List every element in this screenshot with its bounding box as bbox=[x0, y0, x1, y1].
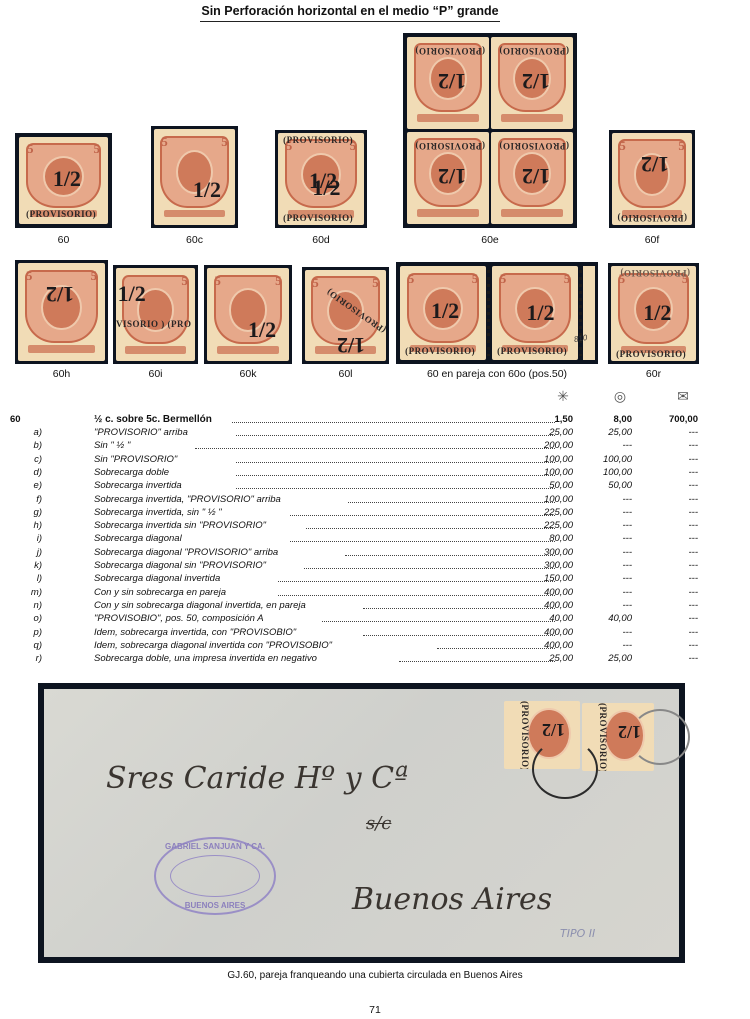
value-mint: 100,00 bbox=[513, 494, 573, 506]
catalog-variety-row: c)Sin "PROVISORIO"100,00100,00--- bbox=[0, 454, 750, 466]
value-used: --- bbox=[572, 507, 632, 519]
value-cover: --- bbox=[638, 467, 698, 479]
value-cover: --- bbox=[638, 627, 698, 639]
value-used: --- bbox=[572, 627, 632, 639]
value-cover: --- bbox=[638, 507, 698, 519]
value-mint: 25,00 bbox=[513, 653, 573, 665]
postal-cover: Sres Caride Hº y Cª s/c Buenos Aires GAB… bbox=[38, 683, 685, 963]
asterisk-icon: ✳ bbox=[543, 388, 583, 405]
value-used: --- bbox=[572, 520, 632, 532]
variety-letter: m) bbox=[22, 587, 42, 599]
catalog-variety-row: f)Sobrecarga invertida, "PROVISORIO" arr… bbox=[0, 494, 750, 506]
value-used: --- bbox=[572, 587, 632, 599]
variety-description: "PROVISOBIO", pos. 50, composición A bbox=[94, 613, 264, 625]
value-used: 100,00 bbox=[572, 454, 632, 466]
value-cover: --- bbox=[638, 640, 698, 652]
stamp-pair-60-60o: 55 1/2 (PROVISORIO) 55 1/2 (PROVISORIO) … bbox=[396, 262, 598, 364]
catalog-variety-row: m)Con y sin sobrecarga en pareja400,00--… bbox=[0, 587, 750, 599]
leader-dots bbox=[236, 467, 555, 476]
stamp-label: 60d bbox=[275, 234, 367, 246]
variety-letter: f) bbox=[22, 494, 42, 506]
stamp-label: 60k bbox=[204, 368, 292, 380]
value-cover: --- bbox=[638, 480, 698, 492]
value-mint: 25,00 bbox=[513, 427, 573, 439]
catalog-variety-row: d)Sobrecarga doble100,00100,00--- bbox=[0, 467, 750, 479]
variety-letter: h) bbox=[22, 520, 42, 532]
variety-description: Sin " ½ " bbox=[94, 440, 130, 452]
pencil-note: TIPO II bbox=[560, 927, 595, 940]
catalog-variety-row: e)Sobrecarga invertida50,0050,00--- bbox=[0, 480, 750, 492]
value-cover: --- bbox=[638, 440, 698, 452]
value-mint: 100,00 bbox=[513, 454, 573, 466]
variety-description: Sobrecarga invertida, sin " ½ " bbox=[94, 507, 222, 519]
value-mint: 50,00 bbox=[513, 480, 573, 492]
stamp-60h: 55 1/2 bbox=[15, 260, 108, 364]
catalog-variety-row: n)Con y sin sobrecarga diagonal invertid… bbox=[0, 600, 750, 612]
stamp-label: 60 bbox=[15, 234, 112, 246]
value-mint: 200,00 bbox=[513, 440, 573, 452]
value-used: 40,00 bbox=[572, 613, 632, 625]
value-cover: --- bbox=[638, 494, 698, 506]
value-cover: --- bbox=[638, 533, 698, 545]
variety-letter: p) bbox=[22, 627, 42, 639]
value-cover: --- bbox=[638, 573, 698, 585]
catalog-variety-row: q)Idem, sobrecarga diagonal invertida co… bbox=[0, 640, 750, 652]
variety-letter: a) bbox=[22, 427, 42, 439]
stamp-60f: 55 1/2 (PROVISORIO) bbox=[609, 130, 695, 228]
circle-icon: ◎ bbox=[600, 388, 640, 405]
value-used: 25,00 bbox=[572, 427, 632, 439]
stamp-60l: 55 (PROVISORIO) 1/2 bbox=[302, 267, 389, 364]
envelope-icon: ✉ bbox=[663, 388, 703, 405]
catalog-variety-row: b)Sin " ½ "200,00------ bbox=[0, 440, 750, 452]
value-mint: 150,00 bbox=[513, 573, 573, 585]
variety-description: "PROVISORIO" arriba bbox=[94, 427, 188, 439]
value-used: 25,00 bbox=[572, 653, 632, 665]
catalog-variety-row: r)Sobrecarga doble, una impresa invertid… bbox=[0, 653, 750, 665]
stamp-60: 55 1/2 (PROVISORIO) bbox=[15, 133, 112, 228]
value-cover: --- bbox=[638, 653, 698, 665]
variety-letter: b) bbox=[22, 440, 42, 452]
value-cover: --- bbox=[638, 613, 698, 625]
catalog-variety-row: k)Sobrecarga diagonal sin "PROVISORIO"30… bbox=[0, 560, 750, 572]
variety-description: Sobrecarga invertida, "PROVISORIO" arrib… bbox=[94, 494, 281, 506]
variety-description: Idem, sobrecarga invertida, con "PROVISO… bbox=[94, 627, 296, 639]
catalog-main-row: 60 ½ c. sobre 5c. Bermellón 1,50 8,00 70… bbox=[0, 414, 750, 426]
stamp-60e-block: (PROVISORIO) 1/2 (PROVISORIO) 1/2 (PROVI… bbox=[403, 33, 577, 228]
value-mint: 400,00 bbox=[513, 587, 573, 599]
variety-letter: c) bbox=[22, 454, 42, 466]
address-city: Buenos Aires bbox=[352, 882, 552, 917]
value-mint: 40,00 bbox=[513, 613, 573, 625]
stamp-label: 60h bbox=[15, 368, 108, 380]
variety-description: Sobrecarga diagonal "PROVISORIO" arriba bbox=[94, 547, 278, 559]
postmark bbox=[532, 739, 598, 799]
variety-letter: e) bbox=[22, 480, 42, 492]
value-mint: 300,00 bbox=[513, 547, 573, 559]
page-number: 71 bbox=[0, 1004, 750, 1016]
value-used: --- bbox=[572, 440, 632, 452]
stamp-label: 60e bbox=[403, 234, 577, 246]
value-used: --- bbox=[572, 560, 632, 572]
variety-description: Sobrecarga diagonal invertida bbox=[94, 573, 220, 585]
sender-handstamp: GABRIEL SANJUAN Y CA. BUENOS AIRES bbox=[154, 837, 276, 915]
variety-letter: i) bbox=[22, 533, 42, 545]
catalog-variety-row: g)Sobrecarga invertida, sin " ½ "225,00-… bbox=[0, 507, 750, 519]
value-mint: 400,00 bbox=[513, 640, 573, 652]
variety-description: Sobrecarga doble bbox=[94, 467, 169, 479]
catalog-variety-row: j)Sobrecarga diagonal "PROVISORIO" arrib… bbox=[0, 547, 750, 559]
value-mint: 400,00 bbox=[513, 627, 573, 639]
catalog-variety-row: l)Sobrecarga diagonal invertida150,00---… bbox=[0, 573, 750, 585]
value-used: --- bbox=[572, 547, 632, 559]
variety-letter: q) bbox=[22, 640, 42, 652]
leader-dots bbox=[236, 454, 555, 463]
stamp-label: 60c bbox=[151, 234, 238, 246]
value-cover: --- bbox=[638, 587, 698, 599]
variety-description: Sobrecarga diagonal sin "PROVISORIO" bbox=[94, 560, 266, 572]
variety-letter: n) bbox=[22, 600, 42, 612]
value-used: --- bbox=[572, 640, 632, 652]
value-used: --- bbox=[572, 494, 632, 506]
stamp-60i: 5 1/2 VISORIO ) (PRO bbox=[113, 265, 198, 364]
value-used: --- bbox=[572, 600, 632, 612]
postmark-2 bbox=[630, 709, 690, 765]
variety-description: Sobrecarga diagonal bbox=[94, 533, 182, 545]
variety-letter: k) bbox=[22, 560, 42, 572]
variety-description: Con y sin sobrecarga diagonal invertida,… bbox=[94, 600, 306, 612]
address-line-1: Sres Caride Hº y Cª bbox=[106, 761, 408, 796]
catalog-variety-row: a)"PROVISORIO" arriba25,0025,00--- bbox=[0, 427, 750, 439]
title-underline bbox=[200, 21, 500, 22]
variety-letter: l) bbox=[22, 573, 42, 585]
page-title: Sin Perforación horizontal en el medio “… bbox=[200, 4, 500, 18]
value-cover: --- bbox=[638, 547, 698, 559]
value-used: --- bbox=[572, 533, 632, 545]
leader-dots bbox=[236, 427, 555, 436]
catalog-variety-row: i)Sobrecarga diagonal80,00------ bbox=[0, 533, 750, 545]
value-mint: 225,00 bbox=[513, 520, 573, 532]
cover-caption: GJ.60, pareja franqueando una cubierta c… bbox=[0, 970, 750, 981]
catalog-variety-row: o)"PROVISOBIO", pos. 50, composición A40… bbox=[0, 613, 750, 625]
stamp-label: 60f bbox=[609, 234, 695, 246]
variety-letter: d) bbox=[22, 467, 42, 479]
stamp-label: 60 en pareja con 60o (pos.50) bbox=[396, 368, 598, 380]
leader-dots bbox=[236, 480, 555, 489]
value-cover: --- bbox=[638, 454, 698, 466]
value-used: 50,00 bbox=[572, 480, 632, 492]
stamp-60r: 55 (PROVISORIO) 1/2 (PROVISORIO) bbox=[608, 263, 699, 364]
stamp-60c: 55 1/2 bbox=[151, 126, 238, 228]
catalog-variety-row: p)Idem, sobrecarga invertida, con "PROVI… bbox=[0, 627, 750, 639]
variety-description: Sobrecarga invertida bbox=[94, 480, 182, 492]
value-used: 100,00 bbox=[572, 467, 632, 479]
value-cover: --- bbox=[638, 427, 698, 439]
value-mint: 225,00 bbox=[513, 507, 573, 519]
value-cover: --- bbox=[638, 520, 698, 532]
value-mint: 100,00 bbox=[513, 467, 573, 479]
stamp-60d: 55 (PROVISORIO) 1/2 1/2 (PROVISORIO) bbox=[275, 130, 367, 228]
variety-description: Idem, sobrecarga diagonal invertida con … bbox=[94, 640, 332, 652]
variety-letter: o) bbox=[22, 613, 42, 625]
leader-dots bbox=[195, 440, 555, 449]
stamp-label: 60r bbox=[608, 368, 699, 380]
value-mint: 80,00 bbox=[513, 533, 573, 545]
catalog-variety-row: h)Sobrecarga invertida sin "PROVISORIO"2… bbox=[0, 520, 750, 532]
value-mint: 300,00 bbox=[513, 560, 573, 572]
variety-letter: r) bbox=[22, 653, 42, 665]
variety-description: Con y sin sobrecarga en pareja bbox=[94, 587, 226, 599]
address-line-2: s/c bbox=[366, 813, 391, 834]
stamp-label: 60l bbox=[302, 368, 389, 380]
variety-letter: j) bbox=[22, 547, 42, 559]
value-cover: --- bbox=[638, 560, 698, 572]
variety-description: Sobrecarga doble, una impresa invertida … bbox=[94, 653, 317, 665]
variety-letter: g) bbox=[22, 507, 42, 519]
value-used: --- bbox=[572, 573, 632, 585]
stamp-label: 60i bbox=[113, 368, 198, 380]
variety-description: Sobrecarga invertida sin "PROVISORIO" bbox=[94, 520, 266, 532]
stamp-60k: 55 1/2 bbox=[204, 265, 292, 364]
value-cover: --- bbox=[638, 600, 698, 612]
variety-description: Sin "PROVISORIO" bbox=[94, 454, 177, 466]
value-mint: 400,00 bbox=[513, 600, 573, 612]
